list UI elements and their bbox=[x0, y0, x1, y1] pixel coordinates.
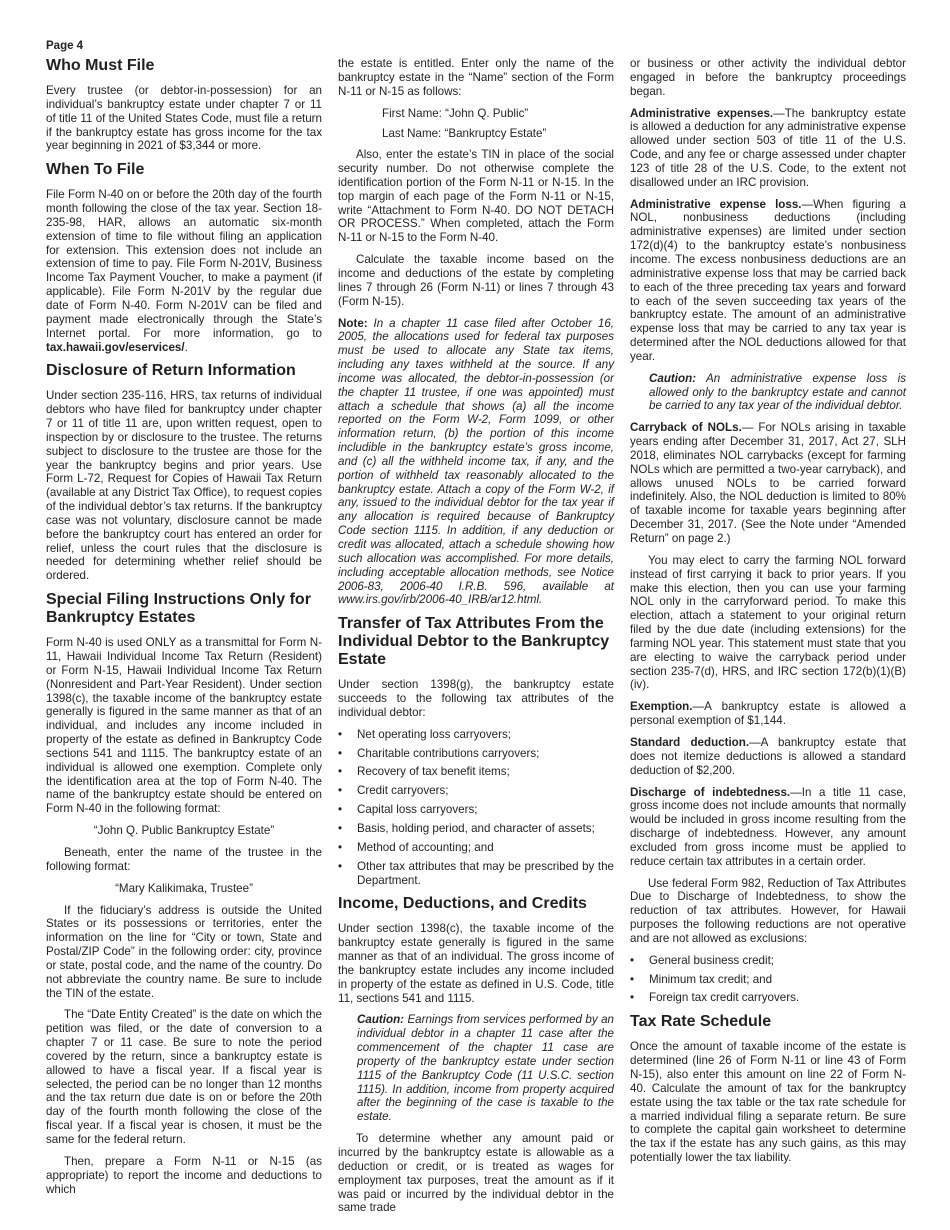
heading-disclosure: Disclosure of Return Information bbox=[46, 362, 322, 380]
list-item: Net operating loss carryovers; bbox=[338, 728, 614, 742]
column-3: or business or other activity the indivi… bbox=[630, 57, 906, 1173]
note-paragraph: Note: In a chapter 11 case filed after O… bbox=[338, 317, 614, 608]
note-text: In a chapter 11 case filed after October… bbox=[338, 317, 614, 607]
section-tax-rate-schedule: Tax Rate Schedule Once the amount of tax… bbox=[630, 1013, 906, 1165]
trustee-name-example: “Mary Kalikimaka, Trustee” bbox=[46, 882, 322, 896]
page-number: Page 4 bbox=[46, 40, 83, 52]
paragraph: If the fiduciary’s address is outside th… bbox=[46, 904, 322, 1001]
note-label: Note: bbox=[338, 317, 368, 330]
paragraph: Once the amount of taxable income of the… bbox=[630, 1040, 906, 1165]
first-name-example: First Name: “John Q. Public” bbox=[338, 107, 614, 121]
exemption-paragraph: Exemption.—A bankruptcy estate is allowe… bbox=[630, 700, 906, 728]
paragraph: Beneath, enter the name of the trustee i… bbox=[46, 846, 322, 874]
admin-loss-label: Administrative expense loss. bbox=[630, 198, 802, 211]
caution-label: Caution: bbox=[357, 1013, 404, 1026]
section-when-to-file: When To File File Form N-40 on or before… bbox=[46, 161, 322, 354]
discharge-paragraph: Discharge of indebtedness.—In a title 11… bbox=[630, 786, 906, 869]
paragraph: Then, prepare a Form N-11 or N-15 (as ap… bbox=[46, 1155, 322, 1197]
caution-text: Earnings from services performed by an i… bbox=[357, 1013, 614, 1123]
list-item: Charitable contributions carryovers; bbox=[338, 747, 614, 761]
heading-transfer-attributes: Transfer of Tax Attributes From the Indi… bbox=[338, 615, 614, 669]
paragraph: Calculate the taxable income based on th… bbox=[338, 253, 614, 308]
paragraph: Every trustee (or debtor-in-possession) … bbox=[46, 84, 322, 153]
section-income-deductions: Income, Deductions, and Credits Under se… bbox=[338, 895, 614, 1215]
list-item: Credit carryovers; bbox=[338, 784, 614, 798]
paragraph: or business or other activity the indivi… bbox=[630, 57, 906, 99]
section-who-must-file: Who Must File Every trustee (or debtor-i… bbox=[46, 57, 322, 153]
list-item: Capital loss carryovers; bbox=[338, 803, 614, 817]
exclusion-list: General business credit; Minimum tax cre… bbox=[630, 954, 906, 1006]
carryback-paragraph: Carryback of NOLs.— For NOLs arising in … bbox=[630, 421, 906, 546]
admin-expenses-label: Administrative expenses. bbox=[630, 107, 773, 120]
text: —When figuring a NOL, nonbusiness deduct… bbox=[630, 198, 906, 363]
caution-label: Caution: bbox=[649, 372, 696, 385]
text: — For NOLs arising in taxable years endi… bbox=[630, 421, 906, 545]
discharge-label: Discharge of indebtedness. bbox=[630, 786, 790, 799]
heading-when-to-file: When To File bbox=[46, 161, 322, 179]
text: . bbox=[185, 341, 188, 354]
last-name-example: Last Name: “Bankruptcy Estate” bbox=[338, 127, 614, 141]
paragraph: To determine whether any amount paid or … bbox=[338, 1132, 614, 1215]
exemption-label: Exemption. bbox=[630, 700, 693, 713]
paragraph: the estate is entitled. Enter only the n… bbox=[338, 57, 614, 99]
text: File Form N-40 on or before the 20th day… bbox=[46, 188, 322, 339]
admin-loss-paragraph: Administrative expense loss.—When figuri… bbox=[630, 198, 906, 364]
carryback-label: Carryback of NOLs. bbox=[630, 421, 742, 434]
eservices-link[interactable]: tax.hawaii.gov/eservices/ bbox=[46, 341, 185, 354]
paragraph: Under section 1398(c), the taxable incom… bbox=[338, 922, 614, 1005]
column-2: the estate is entitled. Enter only the n… bbox=[338, 57, 614, 1223]
attribute-list: Net operating loss carryovers; Charitabl… bbox=[338, 728, 614, 888]
paragraph: Under section 1398(g), the bankruptcy es… bbox=[338, 678, 614, 720]
heading-income-deductions: Income, Deductions, and Credits bbox=[338, 895, 614, 913]
list-item: Other tax attributes that may be prescri… bbox=[338, 860, 614, 888]
paragraph: Form N-40 is used ONLY as a transmittal … bbox=[46, 636, 322, 816]
list-item: Recovery of tax benefit items; bbox=[338, 765, 614, 779]
list-item: Minimum tax credit; and bbox=[630, 973, 906, 987]
list-item: Foreign tax credit carryovers. bbox=[630, 991, 906, 1005]
paragraph: The “Date Entity Created” is the date on… bbox=[46, 1008, 322, 1146]
paragraph: Also, enter the estate’s TIN in place of… bbox=[338, 148, 614, 245]
paragraph: Use federal Form 982, Reduction of Tax A… bbox=[630, 877, 906, 946]
list-item: General business credit; bbox=[630, 954, 906, 968]
heading-special-filing: Special Filing Instructions Only for Ban… bbox=[46, 591, 322, 627]
std-deduction-paragraph: Standard deduction.—A bankruptcy estate … bbox=[630, 736, 906, 778]
caution-paragraph: Caution: Earnings from services performe… bbox=[338, 1013, 614, 1124]
heading-tax-rate-schedule: Tax Rate Schedule bbox=[630, 1013, 906, 1031]
caution-paragraph: Caution: An administrative expense loss … bbox=[630, 372, 906, 414]
section-special-filing: Special Filing Instructions Only for Ban… bbox=[46, 591, 322, 1196]
heading-who-must-file: Who Must File bbox=[46, 57, 322, 75]
admin-expenses-paragraph: Administrative expenses.—The bankruptcy … bbox=[630, 107, 906, 190]
section-disclosure: Disclosure of Return Information Under s… bbox=[46, 362, 322, 583]
column-1: Who Must File Every trustee (or debtor-i… bbox=[46, 57, 322, 1204]
section-transfer-attributes: Transfer of Tax Attributes From the Indi… bbox=[338, 615, 614, 887]
list-item: Basis, holding period, and character of … bbox=[338, 822, 614, 836]
estate-name-example: “John Q. Public Bankruptcy Estate” bbox=[46, 824, 322, 838]
paragraph: File Form N-40 on or before the 20th day… bbox=[46, 188, 322, 354]
list-item: Method of accounting; and bbox=[338, 841, 614, 855]
paragraph: You may elect to carry the farming NOL f… bbox=[630, 554, 906, 692]
std-deduction-label: Standard deduction. bbox=[630, 736, 749, 749]
paragraph: Under section 235-116, HRS, tax returns … bbox=[46, 389, 322, 583]
